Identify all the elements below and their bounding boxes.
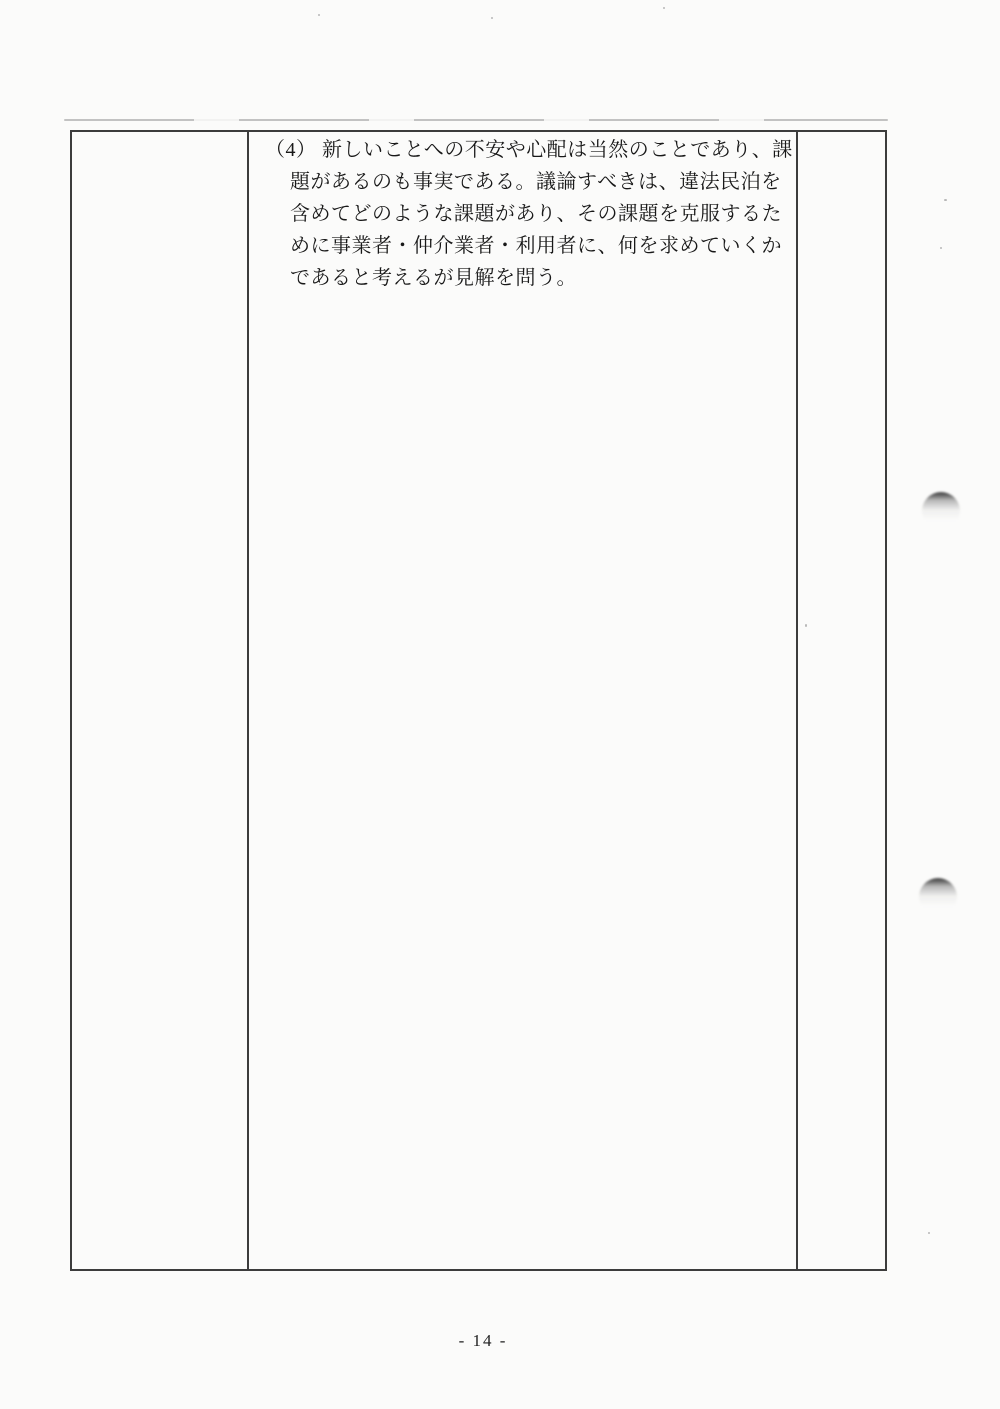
right-note-cell <box>798 132 885 1269</box>
scanned-document-page: （4） 新しいことへの不安や心配は当然のことであり、課 題があるのも事実である。… <box>0 0 1000 1409</box>
question-text-line: であると考えるが見解を問う。 <box>290 262 788 294</box>
scan-speck <box>805 624 807 627</box>
scan-speck <box>928 1232 930 1234</box>
scan-speck <box>318 14 320 16</box>
scan-speck <box>944 199 947 201</box>
question-table: （4） 新しいことへの不安や心配は当然のことであり、課 題があるのも事実である。… <box>70 130 887 1271</box>
scan-artifact-line <box>64 119 888 121</box>
scan-speck <box>663 7 665 9</box>
question-text-line: 含めてどのような課題があり、その課題を克服するた <box>290 198 788 230</box>
scan-speck <box>491 17 493 19</box>
left-margin-cell <box>72 132 247 1269</box>
punch-hole-shadow <box>919 878 957 916</box>
question-text-line: 題があるのも事実である。議論すべきは、違法民泊を <box>290 166 788 198</box>
question-text-line: めに事業者・仲介業者・利用者に、何を求めていくか <box>290 230 788 262</box>
question-text-cell: （4） 新しいことへの不安や心配は当然のことであり、課 題があるのも事実である。… <box>249 132 796 1269</box>
punch-hole-shadow <box>922 492 960 530</box>
page-number: - 14 - <box>0 1331 966 1351</box>
scan-speck <box>940 247 942 249</box>
question-text-line: （4） 新しいことへの不安や心配は当然のことであり、課 <box>265 134 788 166</box>
